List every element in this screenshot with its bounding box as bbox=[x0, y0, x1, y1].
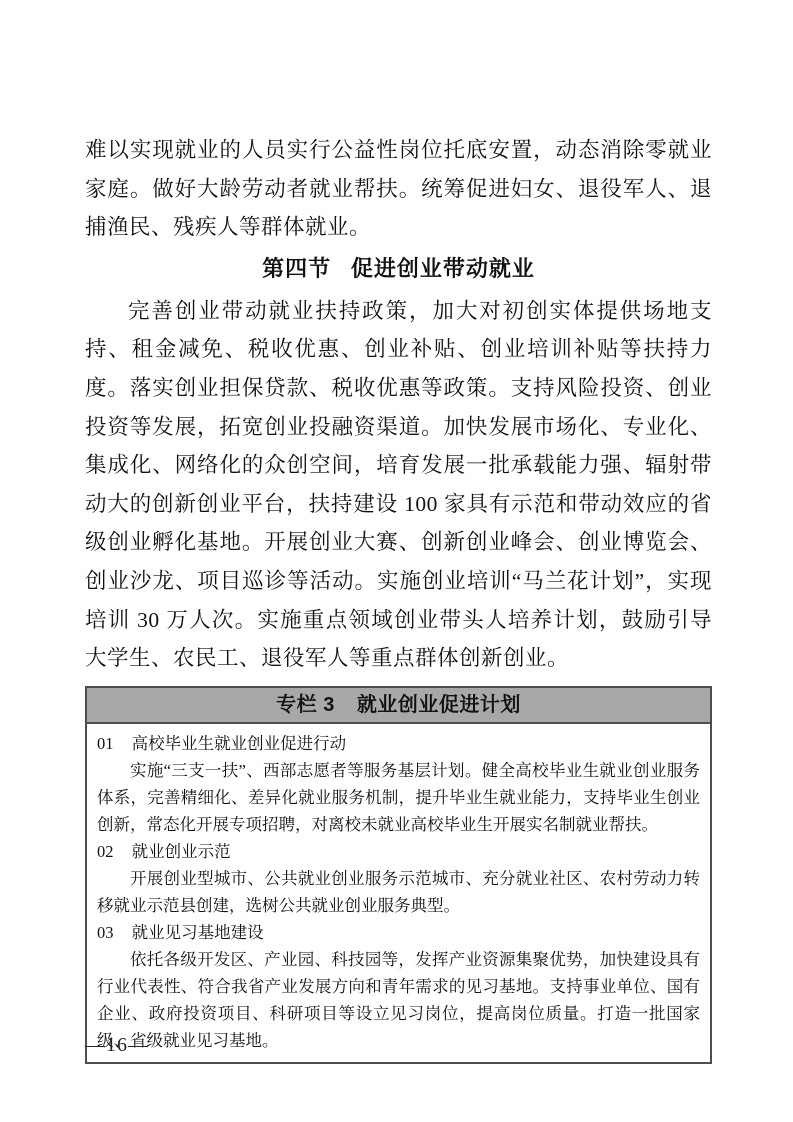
section-heading-label: 第四节 bbox=[262, 256, 331, 281]
section-paragraph: 完善创业带动就业扶持政策，加大对初创实体提供场地支持、租金减免、税收优惠、创业补… bbox=[85, 292, 712, 678]
panel-item-title: 就业见习基地建设 bbox=[132, 923, 264, 942]
document-page: 难以实现就业的人员实行公益性岗位托底安置，动态消除零就业家庭。做好大龄劳动者就业… bbox=[0, 0, 793, 1122]
section-heading-title: 促进创业带动就业 bbox=[351, 256, 535, 281]
panel-title: 就业创业促进计划 bbox=[357, 694, 521, 716]
panel-item-number: 02 bbox=[97, 842, 114, 861]
panel-item-description: 依托各级开发区、产业园、科技园等，发挥产业资源集聚优势，加快建设具有行业代表性、… bbox=[97, 946, 700, 1054]
panel-item-heading: 03就业见习基地建设 bbox=[97, 919, 700, 946]
panel-item-number: 01 bbox=[97, 734, 114, 753]
panel-item: 02就业创业示范 开展创业型城市、公共就业创业服务示范城市、充分就业社区、农村劳… bbox=[97, 838, 700, 919]
panel-body: 01高校毕业生就业创业促进行动 实施“三支一扶”、西部志愿者等服务基层计划。健全… bbox=[87, 724, 710, 1062]
page-number: —16— bbox=[85, 1031, 149, 1059]
panel-item-heading: 01高校毕业生就业创业促进行动 bbox=[97, 730, 700, 757]
panel-item: 03就业见习基地建设 依托各级开发区、产业园、科技园等，发挥产业资源集聚优势，加… bbox=[97, 919, 700, 1054]
panel-item-number: 03 bbox=[97, 923, 114, 942]
panel-item-heading: 02就业创业示范 bbox=[97, 838, 700, 865]
panel-box: 专栏 3就业创业促进计划 01高校毕业生就业创业促进行动 实施“三支一扶”、西部… bbox=[85, 686, 712, 1064]
section-heading: 第四节促进创业带动就业 bbox=[85, 252, 712, 286]
panel-item: 01高校毕业生就业创业促进行动 实施“三支一扶”、西部志愿者等服务基层计划。健全… bbox=[97, 730, 700, 838]
panel-label: 专栏 3 bbox=[276, 694, 335, 716]
panel-item-description: 实施“三支一扶”、西部志愿者等服务基层计划。健全高校毕业生就业创业服务体系，完善… bbox=[97, 757, 700, 838]
panel-item-title: 高校毕业生就业创业促进行动 bbox=[132, 734, 347, 753]
page-content: 难以实现就业的人员实行公益性岗位托底安置，动态消除零就业家庭。做好大龄劳动者就业… bbox=[85, 131, 712, 1064]
paragraph-continued: 难以实现就业的人员实行公益性岗位托底安置，动态消除零就业家庭。做好大龄劳动者就业… bbox=[85, 131, 712, 247]
panel-header: 专栏 3就业创业促进计划 bbox=[87, 688, 710, 724]
panel-item-description: 开展创业型城市、公共就业创业服务示范城市、充分就业社区、农村劳动力转移就业示范县… bbox=[97, 865, 700, 919]
panel-item-title: 就业创业示范 bbox=[132, 842, 231, 861]
